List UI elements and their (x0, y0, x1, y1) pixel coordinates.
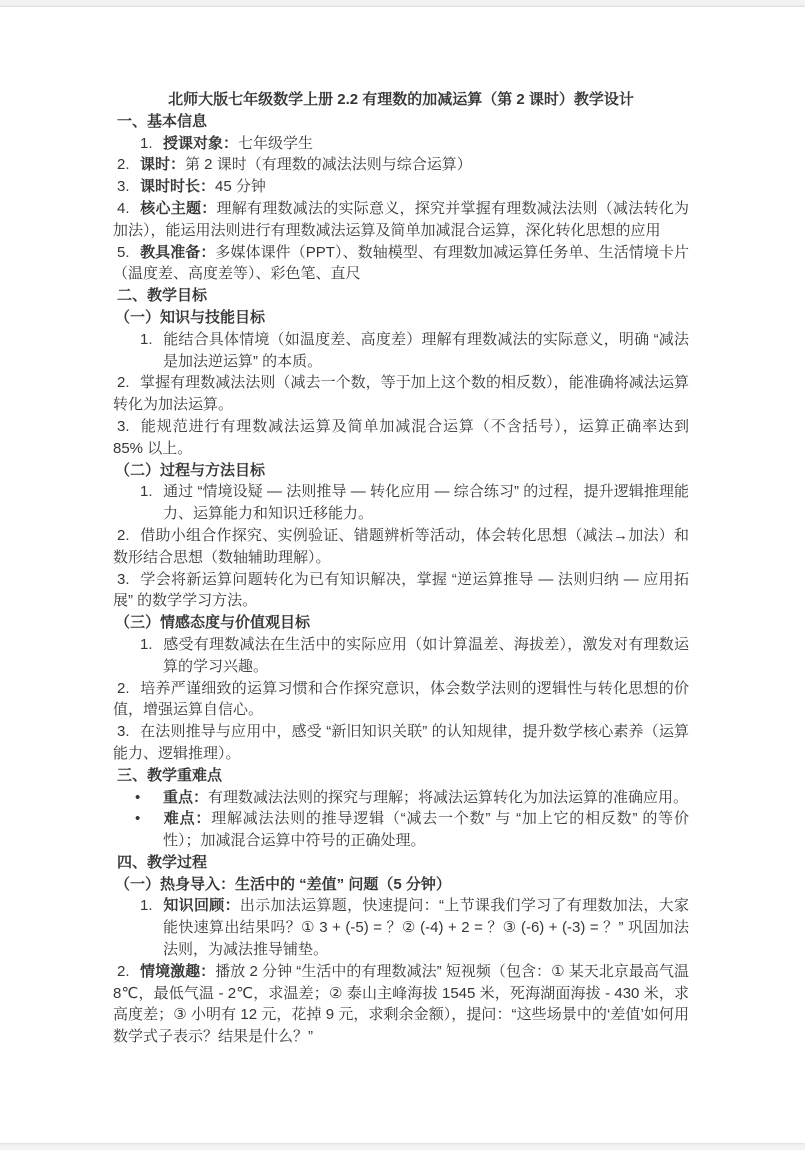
list-item: 2.培养严谨细致的运算习惯和合作探究意识，体会数学法则的逻辑性与转化思想的价值，… (113, 678, 689, 722)
item-label: 课时： (140, 156, 185, 173)
list-number: 3. (117, 176, 140, 198)
list-number: 3. (117, 416, 140, 438)
list-item: 2.课时：第 2 课时（有理数的减法法则与综合运算） (113, 154, 689, 176)
list-item-nested: 1.知识回顾：出示加法运算题，快速提问：“上节课我们学习了有理数加法，大家能快速… (113, 895, 689, 960)
subsection-heading: （一）热身导入：生活中的 “差值” 问题（5 分钟） (115, 874, 689, 896)
list-item: 3.学会将新运算问题转化为已有知识解决，掌握 “逆运算推导 — 法则归纳 — 应… (113, 569, 689, 613)
subsection-heading: （一）知识与技能目标 (115, 307, 689, 329)
item-label: 难点： (163, 810, 211, 827)
list-number: 1. (140, 481, 163, 503)
item-label: 知识回顾： (163, 897, 240, 914)
list-number: 1. (140, 133, 163, 155)
list-item: 3.在法则推导与应用中，感受 “新旧知识关联” 的认知规律，提升数学核心素养（运… (113, 721, 689, 765)
section-heading: 三、教学重难点 (117, 765, 689, 787)
bullet-marker: • (135, 787, 163, 809)
list-item-nested: 1.通过 “情境设疑 — 法则推导 — 转化应用 — 综合练习” 的过程，提升逻… (113, 481, 689, 525)
document-title: 北师大版七年级数学上册 2.2 有理数的加减运算（第 2 课时）教学设计 (113, 89, 689, 111)
item-label: 重点： (163, 789, 208, 806)
document-content: 北师大版七年级数学上册 2.2 有理数的加减运算（第 2 课时）教学设计一、基本… (113, 89, 689, 1048)
item-label: 授课对象： (163, 135, 238, 152)
bullet-item: •难点：理解减法法则的推导逻辑（“减去一个数” 与 “加上它的相反数” 的等价性… (113, 808, 689, 852)
section-heading: 二、教学目标 (117, 285, 689, 307)
list-number: 1. (140, 329, 163, 351)
list-item-nested: 1.能结合具体情境（如温度差、高度差）理解有理数减法的实际意义，明确 “减法是加… (113, 329, 689, 373)
document-page: 北师大版七年级数学上册 2.2 有理数的加减运算（第 2 课时）教学设计一、基本… (0, 7, 805, 1143)
list-item-nested: 1.感受有理数减法在生活中的实际应用（如计算温差、海拔差），激发对有理数运算的学… (113, 634, 689, 678)
section-heading: 一、基本信息 (117, 111, 689, 133)
item-label: 教具准备： (140, 244, 215, 261)
list-item: 2.借助小组合作探究、实例验证、错题辨析等活动，体会转化思想（减法→加法）和数形… (113, 525, 689, 569)
list-number: 5. (117, 242, 140, 264)
list-number: 2. (117, 372, 140, 394)
item-label: 核心主题： (140, 200, 217, 217)
list-item: 5.教具准备：多媒体课件（PPT）、数轴模型、有理数加减运算任务单、生活情境卡片… (113, 242, 689, 286)
list-item: 3.能规范进行有理数减法运算及简单加减混合运算（不含括号），运算正确率达到 85… (113, 416, 689, 460)
list-item: 2.掌握有理数减法法则（减去一个数，等于加上这个数的相反数），能准确将减法运算转… (113, 372, 689, 416)
section-heading: 四、教学过程 (117, 852, 689, 874)
list-item: 4.核心主题：理解有理数减法的实际意义，探究并掌握有理数减法法则（减法转化为加法… (113, 198, 689, 242)
list-number: 1. (140, 895, 163, 917)
list-number: 1. (140, 634, 163, 656)
list-item: 3.课时时长：45 分钟 (113, 176, 689, 198)
list-number: 4. (117, 198, 140, 220)
list-number: 2. (117, 678, 140, 700)
subsection-heading: （三）情感态度与价值观目标 (115, 612, 689, 634)
list-item: 2.情境激趣：播放 2 分钟 “生活中的有理数减法” 短视频（包含：① 某天北京… (113, 961, 689, 1048)
list-number: 2. (117, 525, 140, 547)
list-item-nested: 1.授课对象：七年级学生 (113, 133, 689, 155)
list-number: 2. (117, 154, 140, 176)
document-viewer: 北师大版七年级数学上册 2.2 有理数的加减运算（第 2 课时）教学设计一、基本… (0, 0, 805, 1150)
subsection-heading: （二）过程与方法目标 (115, 460, 689, 482)
list-number: 2. (117, 961, 140, 983)
bullet-marker: • (135, 808, 163, 830)
list-number: 3. (117, 721, 140, 743)
item-label: 课时时长： (140, 178, 215, 195)
item-label: 情境激趣： (140, 963, 215, 980)
list-number: 3. (117, 569, 140, 591)
bullet-item: •重点：有理数减法法则的探究与理解；将减法运算转化为加法运算的准确应用。 (113, 787, 689, 809)
